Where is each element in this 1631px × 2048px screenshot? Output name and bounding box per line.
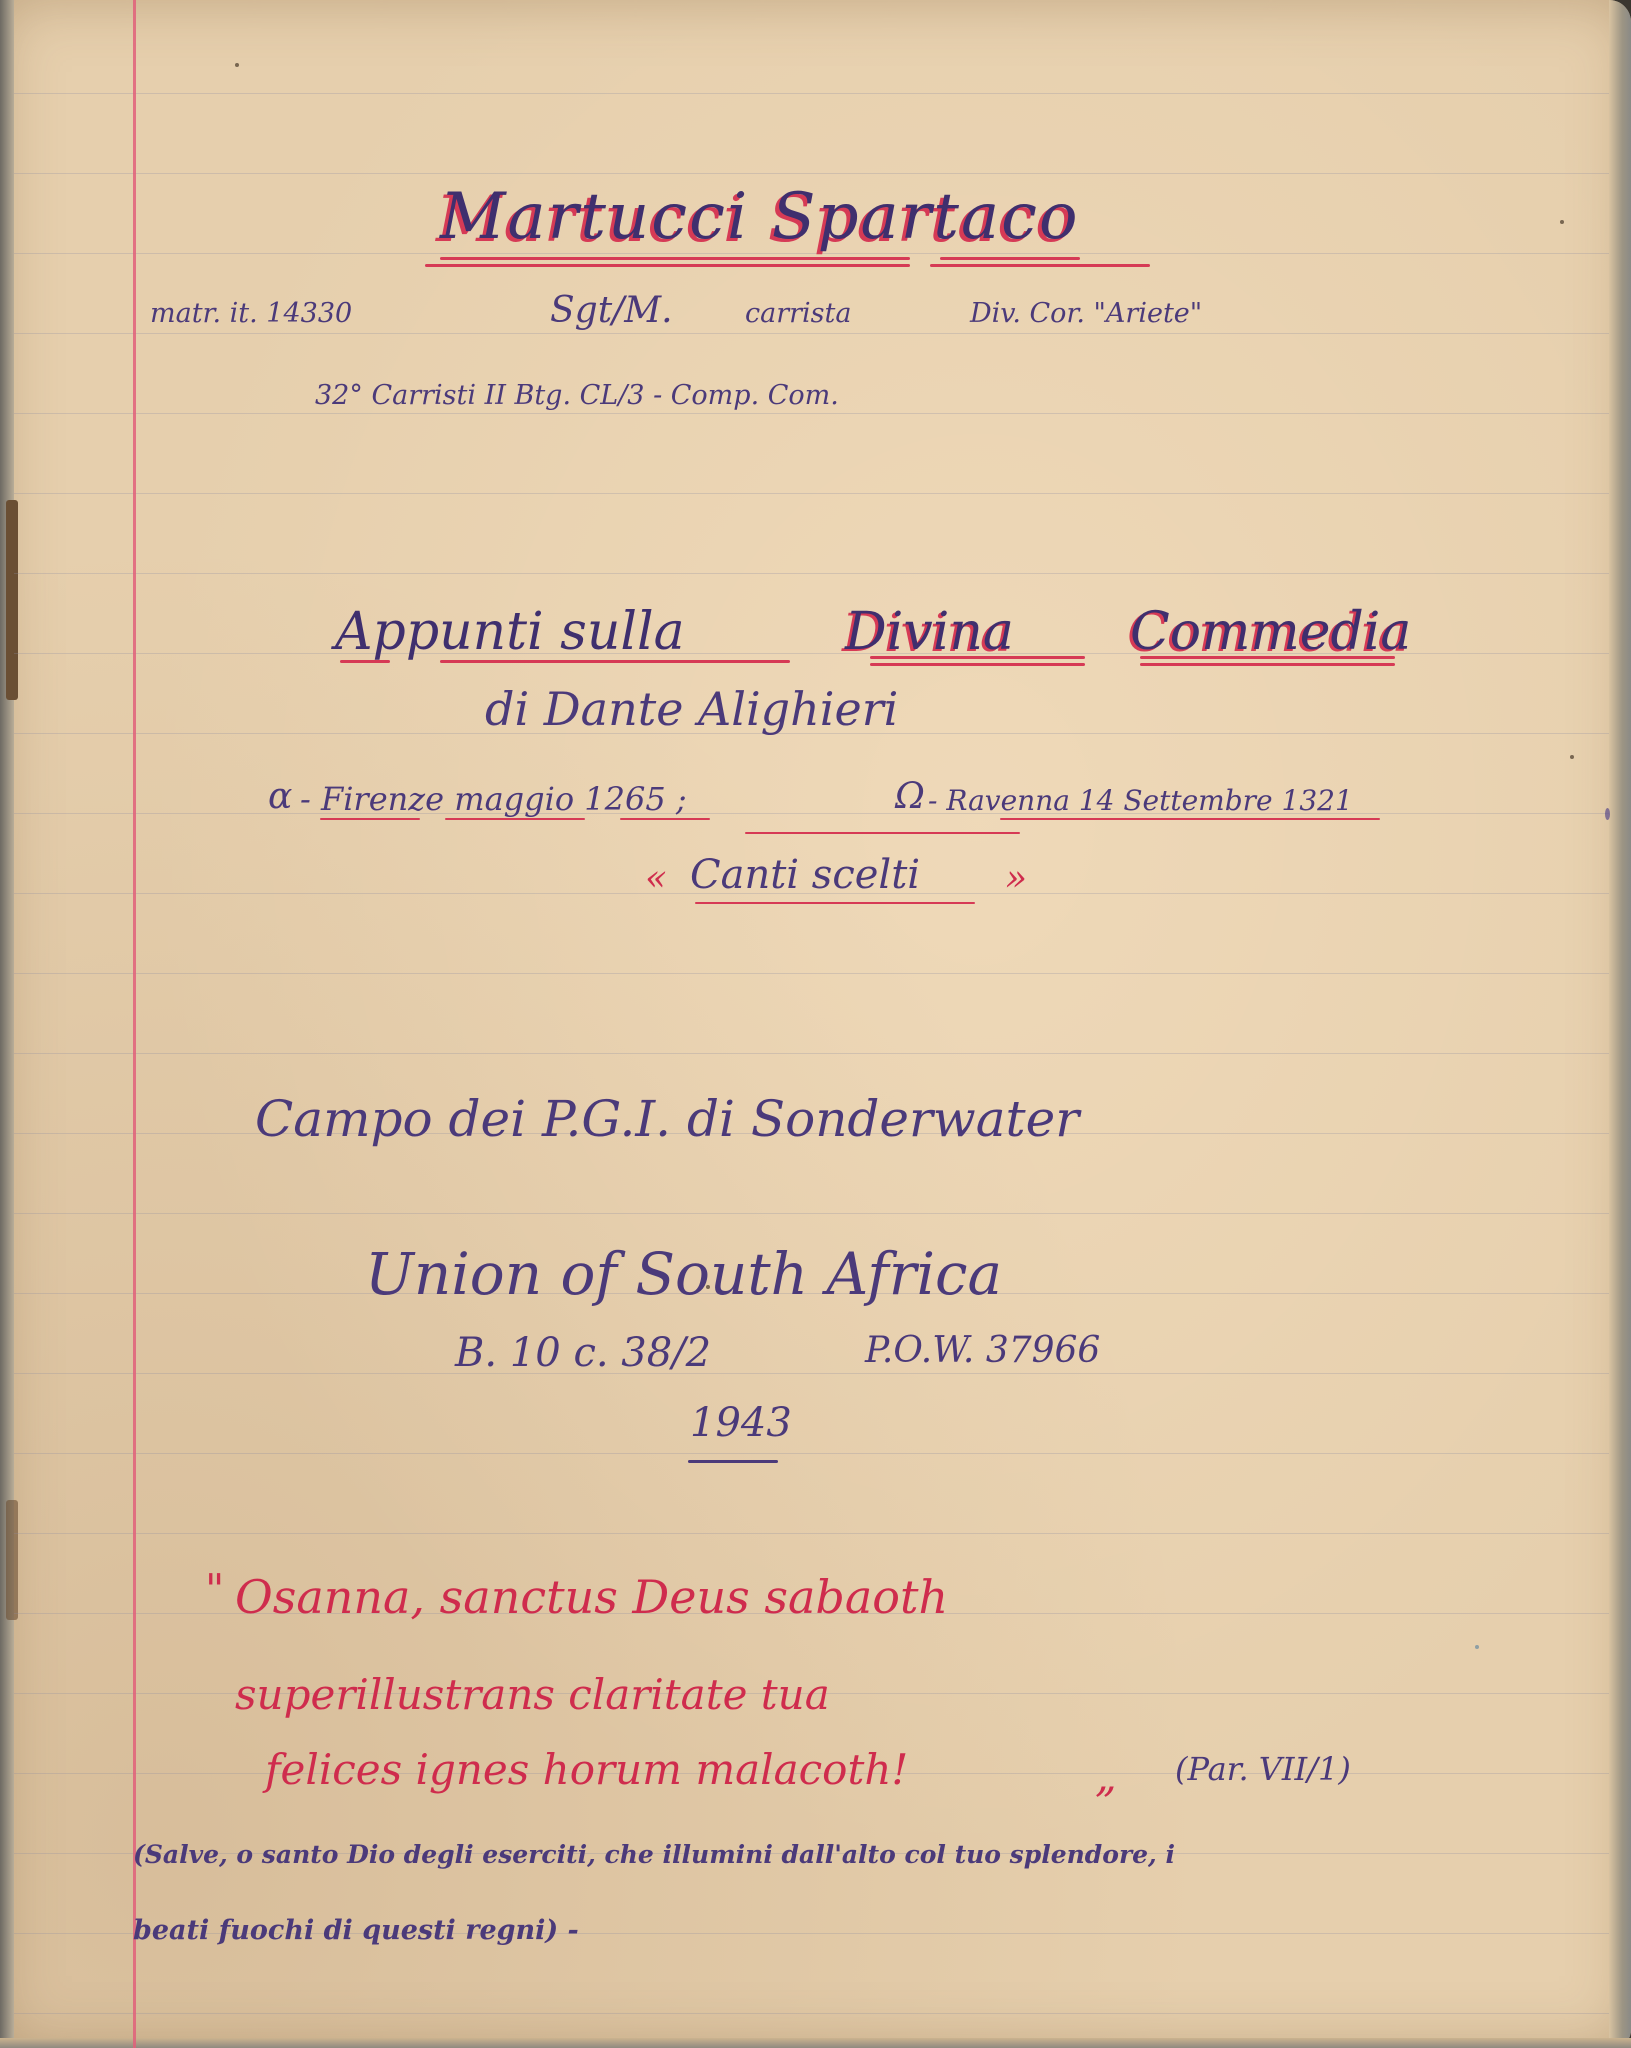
quote-close-mark: „ [1095, 1752, 1117, 1801]
subtitle-underline [695, 902, 975, 904]
quote-open-mark: " [205, 1565, 224, 1614]
date-underline [1000, 818, 1380, 820]
division: Div. Cor. "Ariete" [970, 298, 1202, 329]
subtitle-open-quote: « [645, 858, 667, 899]
unit-line: 32° Carristi II Btg. CL/3 - Comp. Com. [315, 380, 839, 411]
author: di Dante Alighieri [485, 682, 898, 736]
page-edge-right [1609, 0, 1631, 2048]
translation-line-2: beati fuochi di questi regni) - [133, 1915, 579, 1946]
title-underline [870, 663, 1085, 666]
page-edge-bottom [0, 2038, 1631, 2048]
quote-line-1: Osanna, sanctus Deus sabaoth [235, 1570, 948, 1624]
name-underline [930, 264, 1150, 267]
date-underline [745, 832, 1020, 834]
notebook-page: Martucci Spartaco matr. it. 14330 Sgt/M.… [0, 0, 1631, 2048]
title-underline [1140, 656, 1395, 659]
paper-speck [235, 63, 239, 67]
date-underline [320, 818, 420, 820]
translation-line-1: (Salve, o santo Dio degli eserciti, che … [133, 1840, 1175, 1869]
paper-speck [1570, 755, 1574, 759]
binding-tear [6, 1500, 18, 1620]
work-title-part1: Appunti sulla [335, 602, 685, 662]
name-underline [425, 264, 910, 267]
title-underline [870, 656, 1085, 659]
paper-speck [1475, 1645, 1479, 1649]
binding-edge [0, 0, 14, 2048]
work-title-divina: Divina [845, 602, 1014, 662]
owner-name: Martucci Spartaco [440, 180, 1080, 254]
country-line: Union of South Africa [365, 1240, 1002, 1308]
name-underline [940, 257, 1080, 260]
date-underline [620, 818, 710, 820]
title-underline [340, 660, 390, 663]
birth-line: - Firenze maggio 1265 ; [300, 780, 687, 818]
pow-number: P.O.W. 37966 [865, 1330, 1100, 1371]
title-underline [440, 660, 790, 663]
name-underline [440, 257, 910, 260]
rank: Sgt/M. [550, 290, 673, 331]
ink-mark [1605, 808, 1610, 820]
matricola: matr. it. 14330 [150, 298, 352, 329]
subtitle: Canti scelti [690, 852, 920, 898]
barrack-ref: B. 10 c. 38/2 [455, 1330, 711, 1376]
binding-tear [6, 500, 18, 700]
title-underline [1140, 663, 1395, 666]
canto-reference: (Par. VII/1) [1175, 1750, 1351, 1788]
quote-line-3: felices ignes horum malacoth! [265, 1745, 908, 1794]
margin-line [133, 0, 136, 2048]
work-title-commedia: Commedia [1130, 602, 1411, 662]
camp-line: Campo dei P.G.I. di Sonderwater [255, 1090, 1079, 1148]
quote-line-2: superillustrans claritate tua [235, 1670, 830, 1719]
paper-speck [1560, 220, 1564, 224]
subtitle-close-quote: » [1005, 858, 1027, 899]
date-underline [445, 818, 585, 820]
death-line: - Ravenna 14 Settembre 1321 [928, 784, 1353, 817]
role: carrista [745, 298, 851, 329]
death-symbol: Ω [895, 776, 925, 817]
year-underline [688, 1460, 778, 1463]
birth-symbol: α [268, 776, 292, 817]
paper-speck [706, 1285, 710, 1289]
year: 1943 [690, 1400, 792, 1446]
